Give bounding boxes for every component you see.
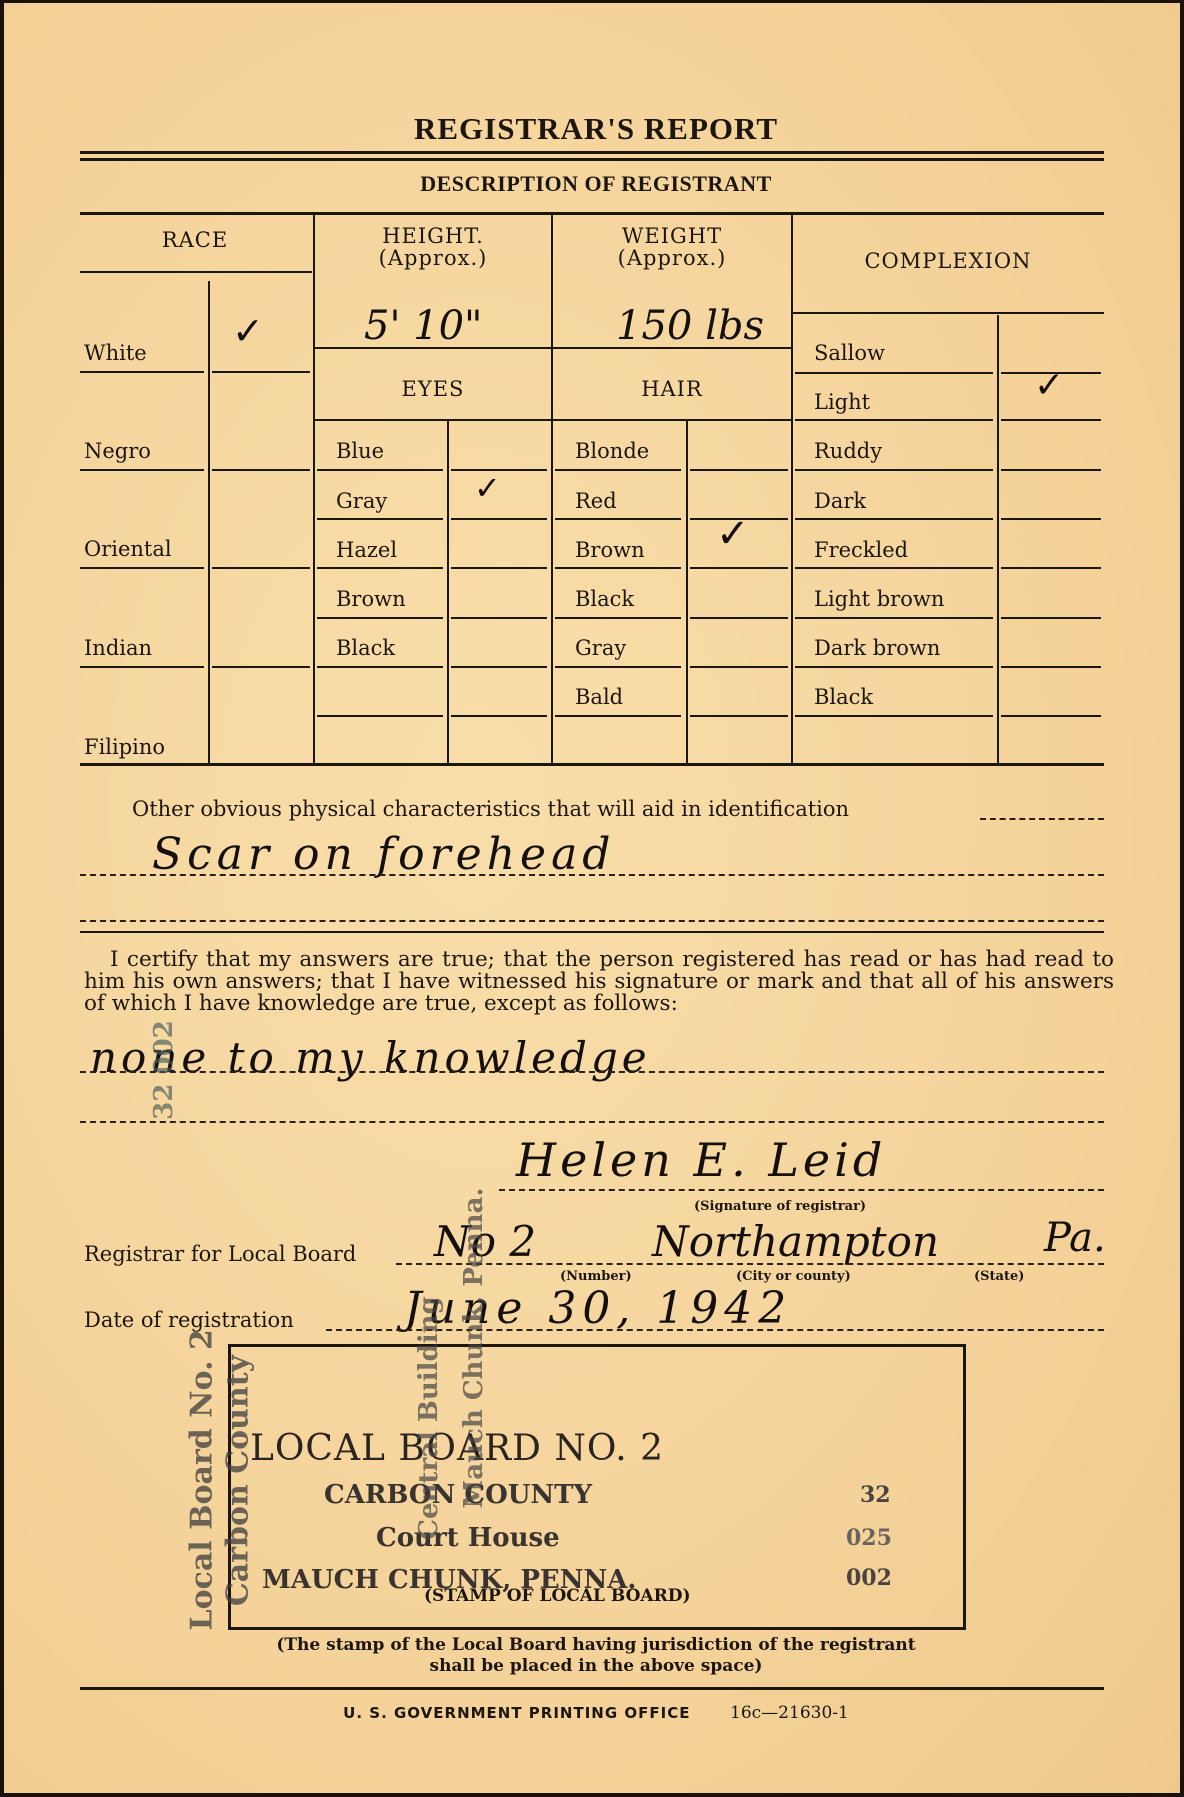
complexion-option-freckled: Freckled — [814, 538, 908, 562]
stamp-board-name: LOCAL BOARD NO. 2 — [250, 1428, 664, 1469]
side-stamp-city: Mauch Chunk, Penna. — [459, 1168, 489, 1528]
title-rule-top — [80, 151, 1104, 154]
table-divider — [997, 315, 999, 763]
complexion-option-dark-brown: Dark brown — [814, 636, 940, 660]
hair-option-red: Red — [575, 489, 617, 513]
row-rule — [451, 715, 547, 717]
hair-option-bald: Bald — [575, 685, 623, 709]
report-title: REGISTRAR'S REPORT — [4, 111, 1184, 147]
row-rule — [317, 617, 443, 619]
dotted-line — [80, 1071, 1104, 1073]
row-rule — [1001, 666, 1101, 668]
caption-state: (State) — [974, 1269, 1024, 1284]
date-label: Date of registration — [84, 1308, 294, 1332]
complexion-option-ruddy: Ruddy — [814, 439, 882, 463]
row-rule — [555, 666, 681, 668]
row-rule — [451, 469, 547, 471]
row-rule — [795, 617, 993, 619]
hair-option-black: Black — [575, 587, 634, 611]
row-rule — [1001, 617, 1101, 619]
row-rule — [1001, 372, 1101, 374]
eyes-option-black: Black — [336, 636, 395, 660]
table-divider — [551, 215, 553, 763]
row-rule — [317, 518, 443, 520]
race-option-negro: Negro — [84, 439, 151, 463]
row-rule — [795, 419, 993, 421]
dotted-line — [80, 874, 1104, 876]
weight-header: WEIGHT (Approx.) — [553, 225, 791, 269]
printer-credit: U. S. GOVERNMENT PRINTING OFFICE — [343, 1704, 690, 1722]
row-rule — [80, 567, 204, 569]
board-city: Northampton — [652, 1217, 939, 1266]
row-rule — [795, 567, 993, 569]
row-rule — [555, 567, 681, 569]
row-rule — [80, 371, 204, 373]
row-rule — [795, 518, 993, 520]
signature-caption: (Signature of registrar) — [694, 1199, 866, 1214]
row-rule — [451, 567, 547, 569]
complexion-option-light-brown: Light brown — [814, 587, 944, 611]
dotted-line — [80, 1121, 1104, 1123]
stamp-code-2: 025 — [846, 1525, 892, 1551]
row-rule — [555, 617, 681, 619]
row-rule — [317, 567, 443, 569]
row-rule — [212, 666, 310, 668]
stamp-instruction-line2: shall be placed in the above space) — [4, 1656, 1184, 1676]
height-rule — [315, 347, 551, 349]
dotted-line — [80, 920, 1104, 922]
race-option-filipino: Filipino — [84, 735, 165, 759]
eyes-option-hazel: Hazel — [336, 538, 397, 562]
height-header: HEIGHT. (Approx.) — [315, 225, 551, 269]
race-option-indian: Indian — [84, 636, 152, 660]
row-rule — [690, 469, 788, 471]
eyes-option-gray: Gray — [336, 489, 387, 513]
row-rule — [212, 567, 310, 569]
footer-rule — [80, 1687, 1104, 1690]
row-rule — [1001, 469, 1101, 471]
complexion-option-dark: Dark — [814, 489, 866, 513]
weight-value: 150 lbs — [616, 303, 764, 349]
hair-option-gray: Gray — [575, 636, 626, 660]
row-rule — [212, 371, 310, 373]
complexion-option-light: Light — [814, 390, 870, 414]
eyes-option-blue: Blue — [336, 439, 384, 463]
other-characteristics-label: Other obvious physical characteristics t… — [132, 797, 849, 821]
row-rule — [795, 372, 993, 374]
dotted-line — [980, 818, 1104, 820]
complexion-option-black: Black — [814, 685, 873, 709]
table-divider — [208, 281, 210, 763]
complexion-header-rule — [793, 312, 1104, 314]
row-rule — [555, 518, 681, 520]
stamp-code-1: 32 — [860, 1482, 891, 1508]
section-subtitle: DESCRIPTION OF REGISTRANT — [4, 171, 1184, 197]
row-rule — [690, 617, 788, 619]
row-rule — [317, 469, 443, 471]
eyes-hair-header-rule — [315, 419, 791, 421]
complexion-header: COMPLEXION — [793, 250, 1103, 272]
row-rule — [451, 666, 547, 668]
race-header-rule — [80, 271, 312, 273]
row-rule — [555, 715, 681, 717]
form-number: 16c—21630-1 — [730, 1703, 849, 1723]
table-divider — [791, 215, 793, 763]
row-rule — [690, 518, 788, 520]
caption-city: (City or county) — [736, 1269, 851, 1284]
row-rule — [690, 567, 788, 569]
row-rule — [795, 666, 993, 668]
row-rule — [317, 666, 443, 668]
certification-text: I certify that my answers are true; that… — [84, 949, 1114, 1015]
other-characteristics-value: Scar on forehead — [152, 829, 615, 880]
table-bottom-rule — [80, 763, 1104, 766]
table-divider — [447, 421, 449, 763]
weight-rule — [553, 347, 791, 349]
hair-header: HAIR — [553, 378, 791, 400]
row-rule — [795, 469, 993, 471]
stamp-caption: (STAMP OF LOCAL BOARD) — [424, 1586, 691, 1606]
height-value: 5' 10" — [364, 303, 482, 349]
row-rule — [1001, 567, 1101, 569]
table-top-rule — [80, 212, 1104, 215]
board-label: Registrar for Local Board — [84, 1242, 356, 1266]
table-divider — [686, 421, 688, 763]
caption-number: (Number) — [560, 1269, 632, 1284]
row-rule — [80, 666, 204, 668]
row-rule — [212, 469, 310, 471]
hair-option-brown: Brown — [575, 538, 645, 562]
eyes-option-brown: Brown — [336, 587, 406, 611]
row-rule — [451, 518, 547, 520]
side-stamp-county: Carbon County — [221, 1331, 256, 1631]
margin-stamp-numbers: 32 002 — [149, 1020, 179, 1120]
race-white-check-icon[interactable]: ✓ — [232, 309, 264, 353]
race-option-white: White — [84, 341, 147, 365]
row-rule — [451, 617, 547, 619]
stamp-code-3: 002 — [846, 1565, 892, 1591]
hair-option-blonde: Blonde — [575, 439, 649, 463]
signature-line — [499, 1189, 1104, 1191]
eyes-header: EYES — [315, 378, 551, 400]
board-line — [396, 1263, 1104, 1265]
row-rule — [1001, 518, 1101, 520]
race-option-oriental: Oriental — [84, 537, 172, 561]
side-stamp-local-board: Local Board No. 2 — [185, 1331, 220, 1631]
title-rule-bottom — [80, 158, 1104, 161]
row-rule — [317, 715, 443, 717]
complexion-option-sallow: Sallow — [814, 341, 885, 365]
registration-card: REGISTRAR'S REPORT DESCRIPTION OF REGIST… — [4, 3, 1180, 1793]
row-rule — [1001, 419, 1101, 421]
side-stamp-building: Central Building — [414, 1253, 444, 1583]
row-rule — [795, 715, 993, 717]
row-rule — [555, 469, 681, 471]
row-rule — [1001, 715, 1101, 717]
table-divider — [313, 215, 315, 763]
eyes-gray-check-icon[interactable]: ✓ — [474, 469, 501, 507]
row-rule — [80, 469, 204, 471]
row-rule — [690, 666, 788, 668]
footer: U. S. GOVERNMENT PRINTING OFFICE 16c—216… — [4, 1703, 1184, 1723]
race-header: RACE — [80, 229, 310, 251]
stamp-instruction-line1: (The stamp of the Local Board having jur… — [4, 1635, 1184, 1655]
section-rule — [80, 931, 1104, 933]
board-state: Pa. — [1044, 1215, 1106, 1261]
row-rule — [690, 715, 788, 717]
registrar-signature: Helen E. Leid — [516, 1133, 886, 1187]
